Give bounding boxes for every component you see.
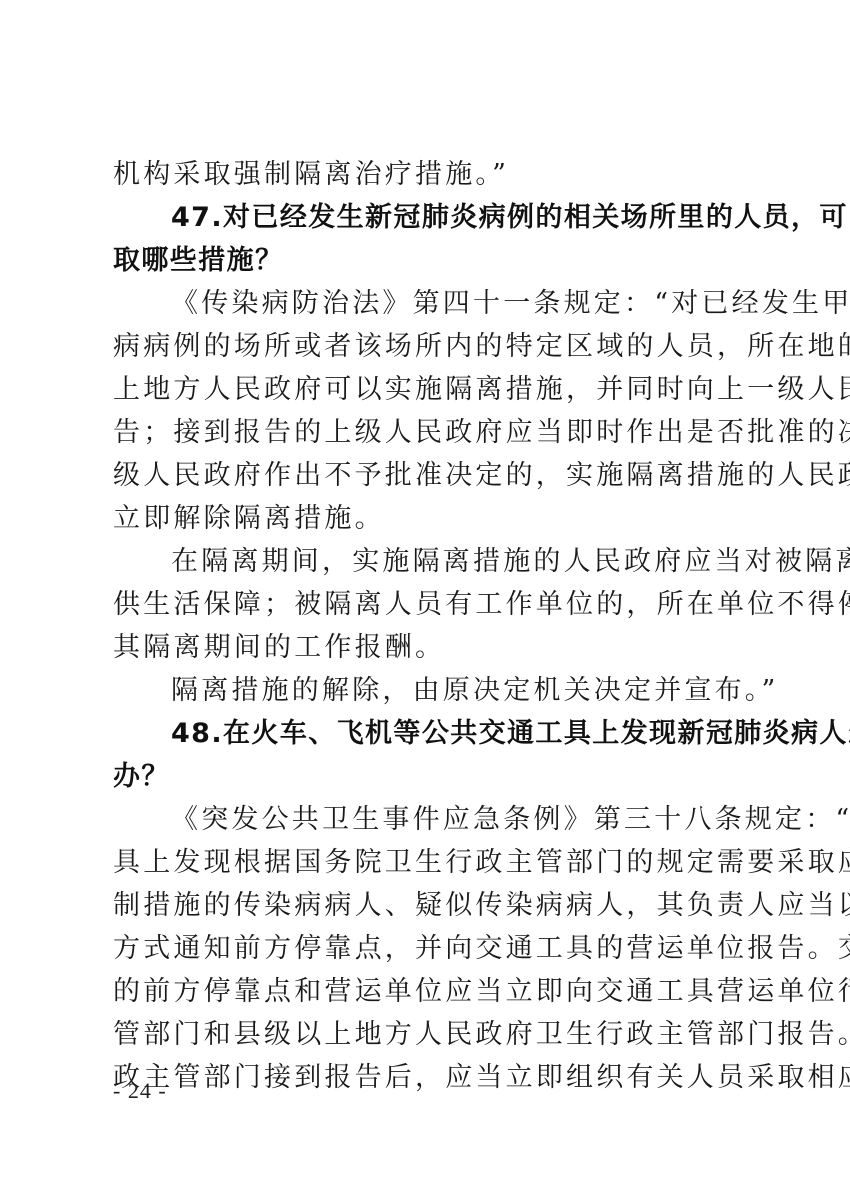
body-line: 政主管部门接到报告后，应当立即组织有关人员采取相应的医学 bbox=[113, 1056, 747, 1099]
question-48-heading: 48.在火车、飞机等公共交通工具上发现新冠肺炎病人怎么 bbox=[113, 712, 747, 755]
body-line: 的前方停靠点和营运单位应当立即向交通工具营运单位行政主 bbox=[113, 970, 747, 1013]
body-line: 《突发公共卫生事件应急条例》第三十八条规定：“交通工 bbox=[113, 798, 747, 841]
body-line: 供生活保障；被隔离人员有工作单位的，所在单位不得停止支付 bbox=[113, 583, 747, 626]
question-48-heading-cont: 办？ bbox=[113, 755, 747, 798]
body-line: 级人民政府作出不予批准决定的，实施隔离措施的人民政府应当 bbox=[113, 454, 747, 497]
body-line: 上地方人民政府可以实施隔离措施，并同时向上一级人民政府报 bbox=[113, 368, 747, 411]
body-line: 病病例的场所或者该场所内的特定区域的人员，所在地的县级以 bbox=[113, 325, 747, 368]
document-page: 机构采取强制隔离治疗措施。” 47.对已经发生新冠肺炎病例的相关场所里的人员，可… bbox=[0, 0, 850, 1203]
question-47-heading: 47.对已经发生新冠肺炎病例的相关场所里的人员，可以采 bbox=[113, 196, 747, 239]
page-number: - 24 - bbox=[113, 1078, 167, 1104]
question-47-heading-cont: 取哪些措施？ bbox=[113, 239, 747, 282]
body-line: 制措施的传染病病人、疑似传染病病人，其负责人应当以最快的 bbox=[113, 884, 747, 927]
body-line: 管部门和县级以上地方人民政府卫生行政主管部门报告。卫生行 bbox=[113, 1013, 747, 1056]
body-line: 方式通知前方停靠点，并向交通工具的营运单位报告。交通工具 bbox=[113, 927, 747, 970]
body-line: 立即解除隔离措施。 bbox=[113, 497, 747, 540]
document-body: 机构采取强制隔离治疗措施。” 47.对已经发生新冠肺炎病例的相关场所里的人员，可… bbox=[113, 153, 747, 1099]
body-line: 告；接到报告的上级人民政府应当即时作出是否批准的决定。上 bbox=[113, 411, 747, 454]
body-line: 其隔离期间的工作报酬。 bbox=[113, 626, 747, 669]
body-line: 机构采取强制隔离治疗措施。” bbox=[113, 153, 747, 196]
body-line: 具上发现根据国务院卫生行政主管部门的规定需要采取应急控 bbox=[113, 841, 747, 884]
body-line: 在隔离期间，实施隔离措施的人民政府应当对被隔离人员提 bbox=[113, 540, 747, 583]
body-line: 《传染病防治法》第四十一条规定：“对已经发生甲类传染 bbox=[113, 282, 747, 325]
body-line: 隔离措施的解除，由原决定机关决定并宣布。” bbox=[113, 669, 747, 712]
